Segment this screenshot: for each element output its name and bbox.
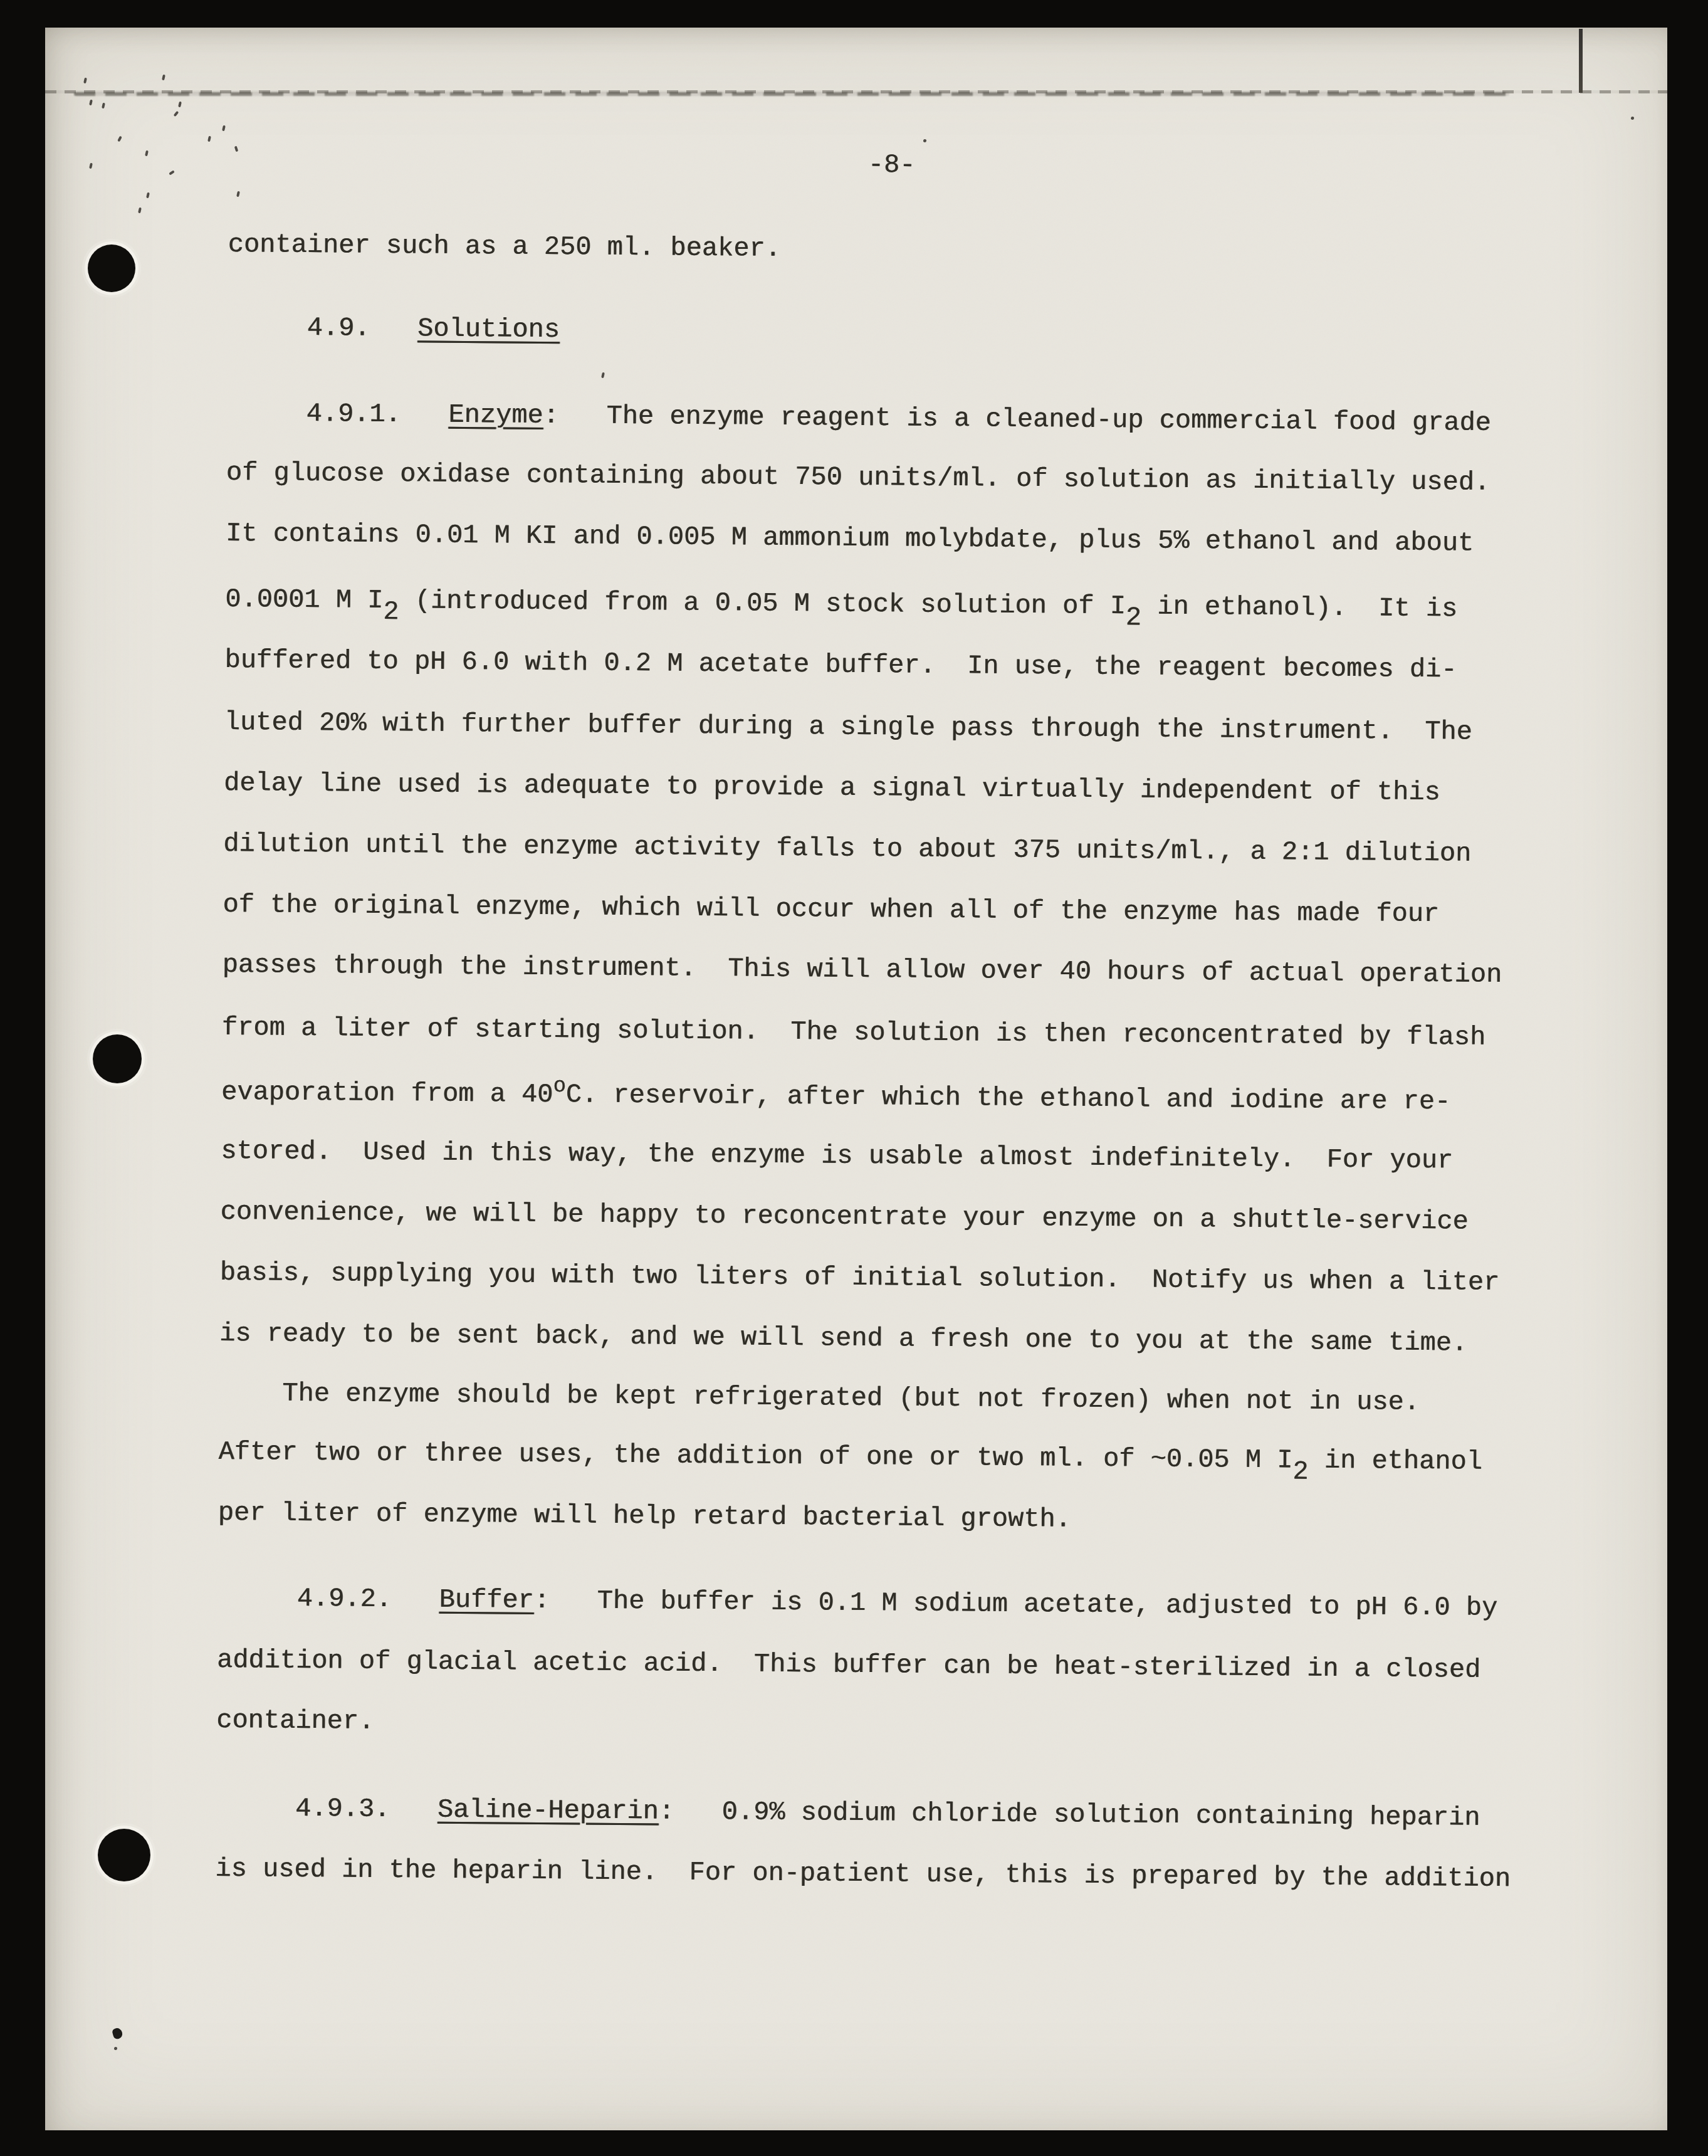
text-line: delay line used is adequate to provide a… [224,769,1440,807]
section-heading-4-9-2: 4.9.2. Buffer: The buffer is 0.1 M sodiu… [297,1584,1498,1622]
text-line: luted 20% with further buffer during a s… [224,708,1472,747]
text-segment: in ethanol). It is [1141,591,1457,624]
scan-speck [117,136,122,142]
scan-speck [169,170,175,175]
text-line: container such as a 250 ml. beaker. [228,230,781,263]
scan-speck [138,208,142,214]
section-title: Saline-Heparin [437,1795,659,1827]
text-line: is ready to be sent back, and we will se… [219,1319,1467,1358]
section-heading-4-9: 4.9. Solutions [307,313,560,344]
scan-speck [207,136,211,142]
section-text: : The enzyme reagent is a cleaned-up com… [543,401,1492,438]
section-title: Enzyme [448,400,543,431]
scan-speck [89,100,93,106]
text-line: basis, supplying you with two liters of … [220,1258,1500,1297]
section-text: : The buffer is 0.1 M sodium acetate, ad… [534,1585,1498,1623]
scan-speck [923,139,927,143]
scan-speck [146,192,150,199]
section-title: Buffer [439,1585,534,1616]
scan-speck [145,150,149,157]
scan-speck [114,2047,118,2051]
text-segment: in ethanol [1308,1446,1482,1477]
text-line: It contains 0.01 M KI and 0.005 M ammoni… [226,519,1474,558]
scan-speck [89,163,93,169]
subscript: 2 [383,597,399,627]
scan-speck [174,111,179,117]
text-line: stored. Used in this way, the enzyme is … [221,1137,1453,1175]
punch-hole [98,1829,150,1881]
scan-speck [162,75,165,81]
text-line: evaporation from a 40oC. reservoir, afte… [221,1078,1450,1118]
text-line: convenience, we will be happy to reconce… [220,1197,1468,1236]
document-page: -8- container such as a 250 ml. beaker. … [45,28,1667,2130]
section-number: 4.9.3. [295,1794,437,1825]
scan-ink-blob [112,2027,123,2039]
subscript: 2 [1126,602,1142,633]
section-number: 4.9. [307,313,418,344]
text-line: from a liter of starting solution. The s… [222,1013,1486,1052]
scan-speck [222,125,226,132]
text-line: dilution until the enzyme activity falls… [223,829,1471,868]
text-segment: (introduced from a 0.05 M stock solution… [399,586,1126,621]
text-line: container. [216,1706,374,1736]
text-line: is used in the heparin line. For on-pati… [215,1854,1511,1893]
text-line: After two or three uses, the addition of… [218,1438,1482,1476]
text-segment: After two or three uses, the addition of… [218,1437,1292,1475]
text-line: 0.0001 M I2 (introduced from a 0.05 M st… [225,585,1457,623]
text-segment: evaporation from a 40 [221,1077,553,1110]
section-heading-4-9-1: 4.9.1. Enzyme: The enzyme reagent is a c… [306,399,1491,438]
text-segment: 0.0001 M I [225,584,383,616]
section-number: 4.9.1. [306,399,448,430]
text-line: of glucose oxidase containing about 750 … [226,458,1491,497]
section-title: Solutions [417,313,560,345]
section-heading-4-9-3: 4.9.3. Saline-Heparin: 0.9% sodium chlor… [295,1794,1480,1833]
text-line: per liter of enzyme will help retard bac… [218,1498,1071,1534]
superscript-degree: o [553,1075,566,1098]
text-line: of the original enzyme, which will occur… [223,890,1439,928]
scan-speck [1631,117,1635,120]
scan-vertical-line [1579,29,1583,93]
section-text: : 0.9% sodium chloride solution containi… [659,1796,1480,1833]
text-line: addition of glacial acetic acid. This bu… [217,1646,1481,1685]
scan-smudge-line [74,92,1509,96]
scan-speck [83,78,87,84]
punch-hole [93,1034,142,1083]
section-number: 4.9.2. [297,1584,439,1615]
typed-text-block: -8- container such as a 250 ml. beaker. … [214,145,1608,1974]
punch-hole [88,245,135,292]
text-segment: C. reservoir, after which the ethanol an… [566,1080,1451,1117]
text-line: passes through the instrument. This will… [223,950,1502,989]
text-line: buffered to pH 6.0 with 0.2 M acetate bu… [224,646,1457,684]
text-line: The enzyme should be kept refrigerated (… [282,1379,1420,1417]
scan-speck [102,103,105,109]
scan-speck [178,102,182,108]
page-number: -8- [868,150,916,180]
subscript: 2 [1292,1456,1309,1486]
scanned-document: { "document": { "page_number": "-8-", "l… [0,0,1708,2156]
